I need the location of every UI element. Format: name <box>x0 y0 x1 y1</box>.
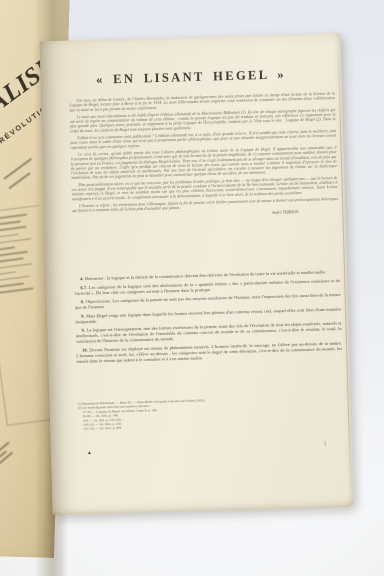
cover-toc-line <box>0 246 15 251</box>
cover-toc-line <box>0 233 18 238</box>
cover-toc-line <box>0 251 28 257</box>
footnotes-list: (1) Marxistische Bibliothek. — Band XI. … <box>78 395 345 432</box>
page-number: 1 <box>323 440 326 447</box>
cover-toc-line <box>0 288 33 294</box>
cover-toc-line <box>0 238 31 245</box>
cover-toc-line <box>0 214 27 221</box>
cover-toc-line <box>0 263 32 270</box>
notes-section: 4.Retourner : la logique et la théorie d… <box>74 269 343 398</box>
open-page: « EN LISANT HEGEL » J'ai reçu, au début … <box>39 33 353 515</box>
intro-section: J'ai reçu, au début de l'année, de Charl… <box>69 91 340 276</box>
cover-rule <box>8 172 30 189</box>
intro-paragraphs: J'ai reçu, au début de l'année, de Charl… <box>69 91 338 213</box>
cover-toc-line <box>0 258 23 264</box>
note-number: 4. <box>80 276 84 281</box>
note-number: 9. <box>81 313 85 318</box>
cover-toc-line <box>0 226 26 232</box>
note-paragraph: 10.Devant l'homme est déployé un réseau … <box>76 340 342 364</box>
cover-rule <box>4 158 33 180</box>
cover-toc-line <box>0 276 30 282</box>
cover-toc-line <box>0 283 24 288</box>
printer-mark: ▲ <box>87 451 92 456</box>
cover-toc-line <box>0 221 21 227</box>
photo-background: ALISME RÉVOLUTION « EN LISANT HEGEL <box>0 0 384 576</box>
cover-bottom-lines <box>0 441 18 472</box>
note-number: 9. <box>81 328 85 333</box>
footnotes-section: (1) Marxistische Bibliothek. — Band XI. … <box>78 395 345 446</box>
note-number: 10. <box>82 347 88 352</box>
note-number: 8. <box>81 299 85 304</box>
notes-list: 4.Retourner : la logique et la théorie d… <box>74 269 342 364</box>
intro-paragraph: Ce n'est là, certes, qu'une faible parti… <box>71 145 338 180</box>
page-title: « EN LISANT HEGEL » <box>40 66 341 89</box>
cover-toc-line <box>0 271 16 275</box>
note-number: 6.7. <box>80 285 87 290</box>
note-text: Devant l'homme est déployé un réseau de … <box>76 340 342 363</box>
